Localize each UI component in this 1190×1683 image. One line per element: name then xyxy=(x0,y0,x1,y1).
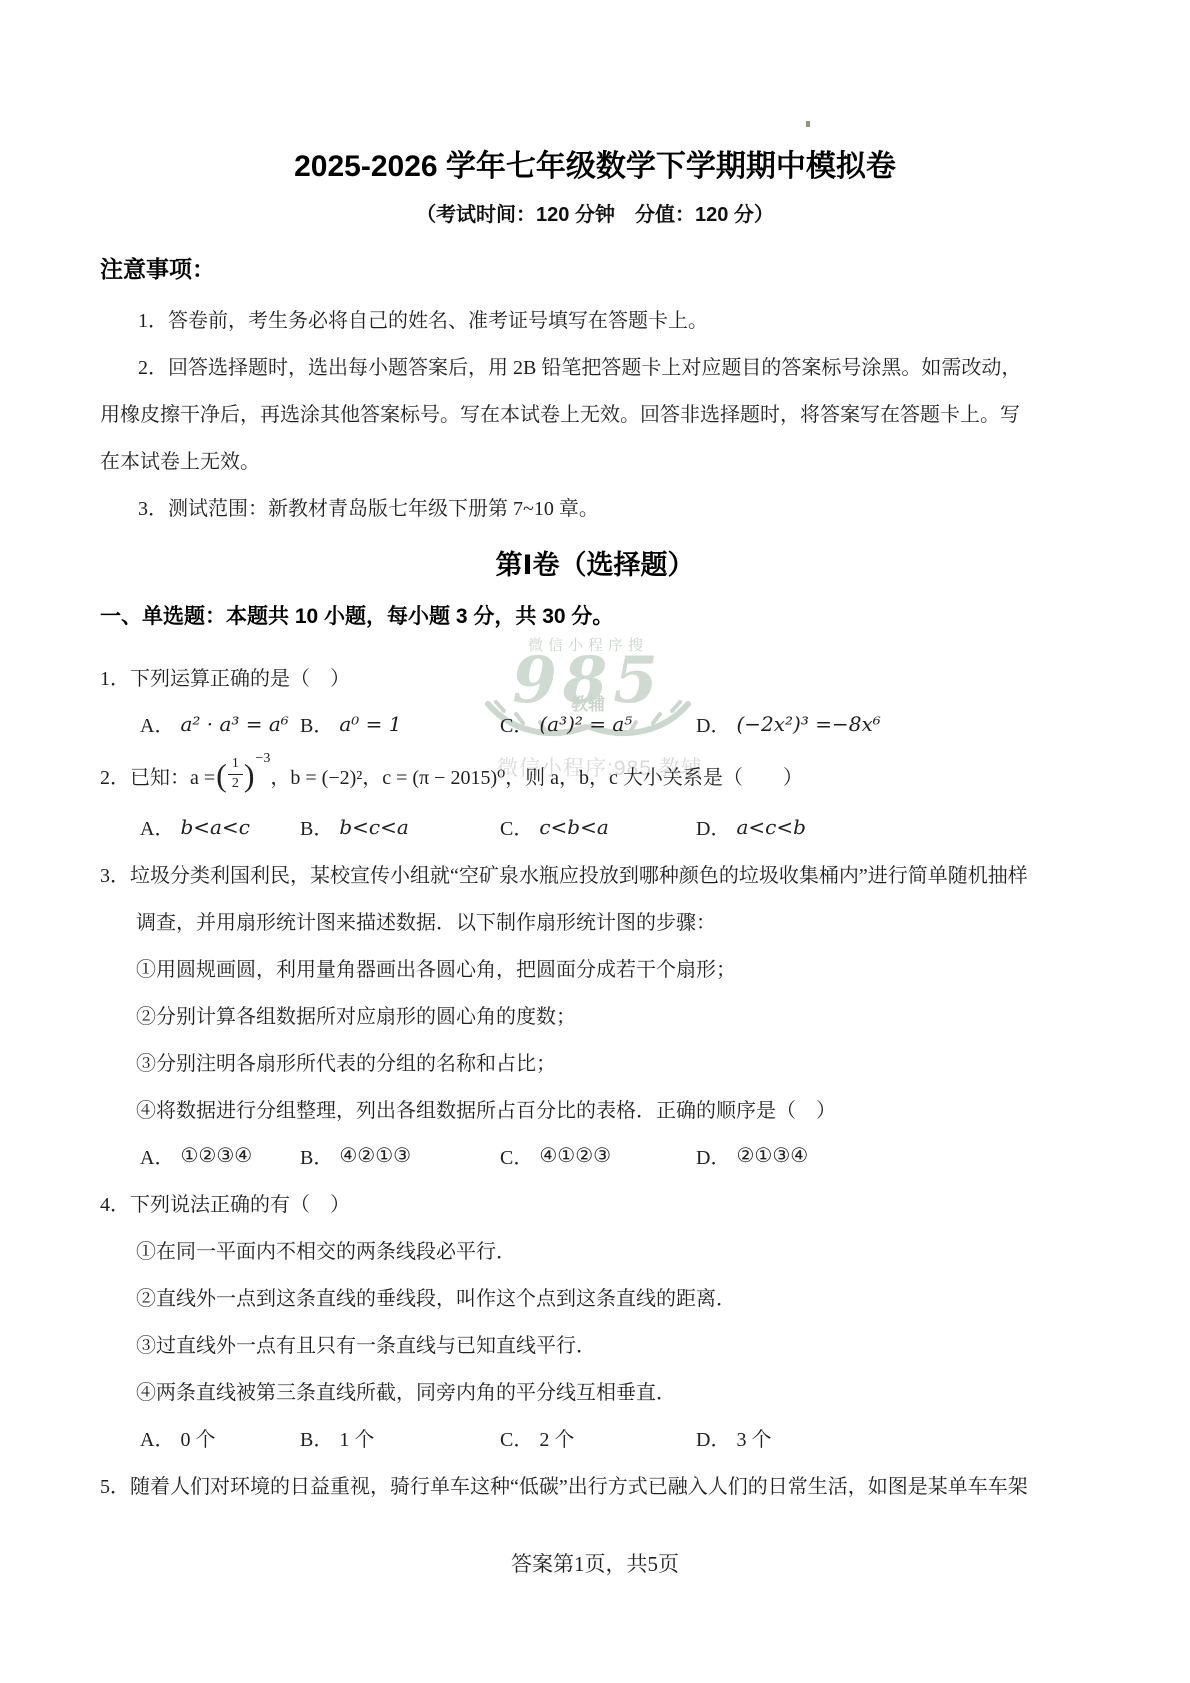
option-d: D．a<c<b xyxy=(696,812,1090,841)
question-3-step-1: ①用圆规画圆，利用量角器画出各圆心角，把圆面分成若干个扇形； xyxy=(100,944,1090,991)
exam-subtitle: （考试时间：120 分钟 分值：120 分） xyxy=(100,202,1090,228)
question-4-statement-4: ④两条直线被第三条直线所截，同旁内角的平分线互相垂直． xyxy=(100,1367,1090,1414)
question-4-statement-1: ①在同一平面内不相交的两条线段必平行． xyxy=(100,1226,1090,1273)
option-d: D．(−2x²)³ =−8x⁶ xyxy=(696,709,1090,738)
exam-page: 微信小程序搜 985 教辅 微信小程序:985 教辅 2025-2026 学年七… xyxy=(0,0,1190,1683)
section-1-title: 第Ⅰ卷（选择题） xyxy=(100,547,1090,583)
option-b: B．④②①③ xyxy=(300,1141,500,1170)
paren-open: ( xyxy=(215,759,228,791)
notice-heading: 注意事项： xyxy=(100,254,1090,284)
question-1-stem: 1．下列运算正确的是（ ） xyxy=(100,653,1090,700)
question-4-stem: 4．下列说法正确的有（ ） xyxy=(100,1179,1090,1226)
option-c: C．2 个 xyxy=(500,1423,696,1452)
exponent: −3 xyxy=(255,751,270,767)
question-5: 5．随着人们对环境的日益重视，骑行单车这种“低碳”出行方式已融入人们的日常生活，… xyxy=(100,1461,1090,1508)
option-b: B．1 个 xyxy=(300,1423,500,1452)
page-footer: 答案第1页，共5页 xyxy=(0,1548,1190,1578)
question-2-stem: 2．已知：a = ( 1 2 ) −3 ，b = (−2)²，c = (π − … xyxy=(100,747,1090,803)
exam-title: 2025-2026 学年七年级数学下学期期中模拟卷 xyxy=(100,148,1090,186)
paren-close: ) xyxy=(243,759,256,791)
option-a: A．a² · a³ = a⁶ xyxy=(140,709,300,738)
question-5-stem: 5．随着人们对环境的日益重视，骑行单车这种“低碳”出行方式已融入人们的日常生活，… xyxy=(100,1461,1090,1508)
question-2: 2．已知：a = ( 1 2 ) −3 ，b = (−2)²，c = (π − … xyxy=(100,747,1090,850)
fraction-one-half: 1 2 xyxy=(228,756,243,791)
option-b: B．a⁰ = 1 xyxy=(300,709,500,738)
question-3-step-2: ②分别计算各组数据所对应扇形的圆心角的度数； xyxy=(100,991,1090,1038)
question-1-options: A．a² · a³ = a⁶ B．a⁰ = 1 C．(a³)² = a⁵ D．(… xyxy=(100,700,1090,747)
part-1-heading: 一、单选题：本题共 10 小题，每小题 3 分，共 30 分。 xyxy=(100,603,1090,631)
question-2-suffix: ，b = (−2)²，c = (π − 2015)⁰，则 a，b，c 大小关系是… xyxy=(270,761,803,790)
option-a: A．0 个 xyxy=(140,1423,300,1452)
question-3-line-2: 调查，并用扇形统计图来描述数据．以下制作扇形统计图的步骤： xyxy=(100,897,1090,944)
question-2-prefix: 2．已知：a = xyxy=(100,761,215,790)
notice-item-2-line-1: 2．回答选择题时，选出每小题答案后，用 2B 铅笔把答题卡上对应题目的答案标号涂… xyxy=(100,345,1090,392)
question-4: 4．下列说法正确的有（ ） ①在同一平面内不相交的两条线段必平行． ②直线外一点… xyxy=(100,1179,1090,1461)
option-c: C．c<b<a xyxy=(500,812,696,841)
exam-content: 2025-2026 学年七年级数学下学期期中模拟卷 （考试时间：120 分钟 分… xyxy=(100,0,1090,1508)
question-3: 3．垃圾分类利国利民，某校宣传小组就“空矿泉水瓶应投放到哪种颜色的垃圾收集桶内”… xyxy=(100,850,1090,1179)
question-4-statement-3: ③过直线外一点有且只有一条直线与已知直线平行． xyxy=(100,1320,1090,1367)
question-3-line-1: 3．垃圾分类利国利民，某校宣传小组就“空矿泉水瓶应投放到哪种颜色的垃圾收集桶内”… xyxy=(100,850,1090,897)
option-b: B．b<c<a xyxy=(300,812,500,841)
option-c: C．④①②③ xyxy=(500,1141,696,1170)
option-d: D．3 个 xyxy=(696,1423,1090,1452)
question-4-statement-2: ②直线外一点到这条直线的垂线段，叫作这个点到这条直线的距离． xyxy=(100,1273,1090,1320)
notice-item-3: 3．测试范围：新教材青岛版七年级下册第 7~10 章。 xyxy=(100,486,1090,533)
notice-item-2-line-3: 在本试卷上无效。 xyxy=(100,439,1090,486)
notice-item-2-line-2: 用橡皮擦干净后，再选涂其他答案标号。写在本试卷上无效。回答非选择题时，将答案写在… xyxy=(100,392,1090,439)
option-c: C．(a³)² = a⁵ xyxy=(500,709,696,738)
notice-item-1: 1．答卷前，考生务必将自己的姓名、准考证号填写在答题卡上。 xyxy=(100,298,1090,345)
question-3-options: A．①②③④ B．④②①③ C．④①②③ D．②①③④ xyxy=(100,1132,1090,1179)
question-3-step-3: ③分别注明各扇形所代表的分组的名称和占比； xyxy=(100,1038,1090,1085)
option-d: D．②①③④ xyxy=(696,1141,1090,1170)
option-a: A．①②③④ xyxy=(140,1141,300,1170)
option-a: A．b<a<c xyxy=(140,812,300,841)
question-2-options: A．b<a<c B．b<c<a C．c<b<a D．a<c<b xyxy=(100,803,1090,850)
question-3-step-4: ④将数据进行分组整理，列出各组数据所占百分比的表格．正确的顺序是（ ） xyxy=(100,1085,1090,1132)
question-1: 1．下列运算正确的是（ ） A．a² · a³ = a⁶ B．a⁰ = 1 C．… xyxy=(100,653,1090,747)
question-4-options: A．0 个 B．1 个 C．2 个 D．3 个 xyxy=(100,1414,1090,1461)
